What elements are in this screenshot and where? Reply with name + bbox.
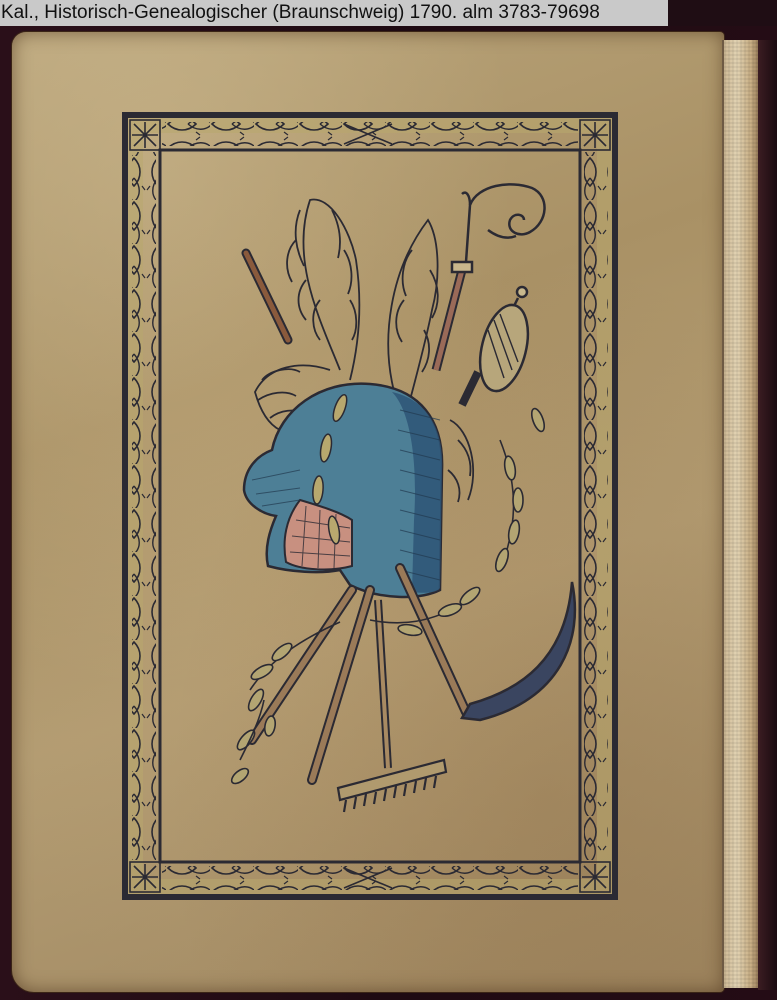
rake-icon [338,760,446,812]
image-caption: Kal., Historisch-Genealogischer (Braunsc… [0,0,668,26]
torch-icon [462,287,536,405]
spear-icon [246,253,288,340]
trophy-illustration [0,0,777,1000]
rake-handle-icon [312,590,388,780]
